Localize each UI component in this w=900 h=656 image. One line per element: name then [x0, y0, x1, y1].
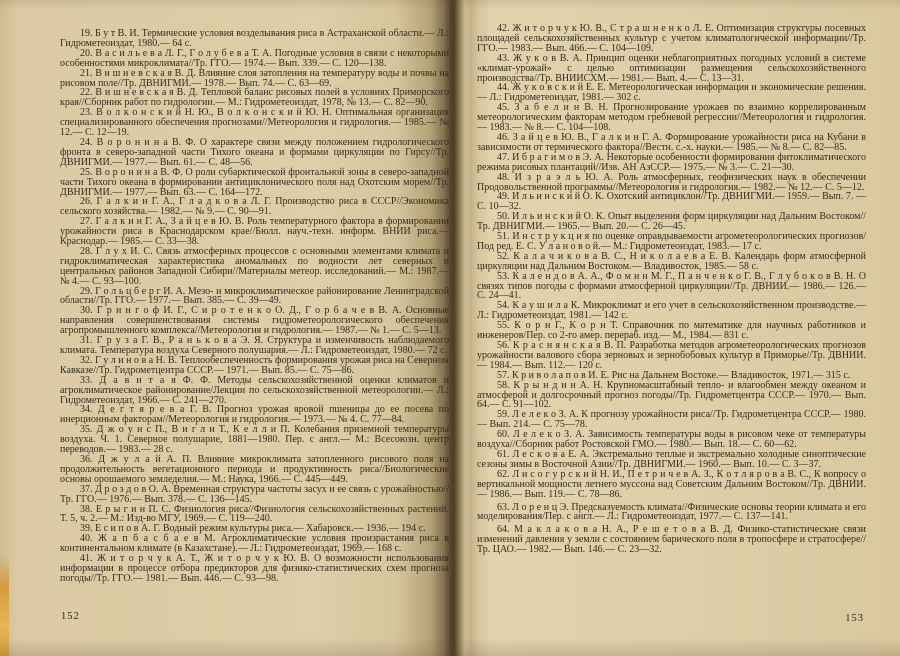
bibliography-entry: 49. И л ь и н с к и й О. К. Охотский ант… — [477, 192, 866, 212]
bibliography-entry: 48. И з р а э л ь Ю. А. Роль атмосферных… — [477, 173, 866, 193]
bibliography-entry: 33. Д а в и т а я Ф. Ф. Методы сельскохо… — [60, 376, 449, 406]
page-number-right: 153 — [845, 613, 864, 624]
page-edge-strip — [0, 556, 9, 656]
bibliography-entry: 51. И н с т р у к ц и я по оценке оправд… — [477, 232, 866, 252]
bibliography-list-right: 42. Ж и т о р ч у к Ю. В., С т р а ш н е… — [477, 24, 866, 555]
bibliography-entry: 38. Е р ы г и н П. С. Физиология риса//Ф… — [60, 505, 449, 525]
bibliography-entry: 29. Г о л ь ц б е р г И. А. Мезо- и микр… — [60, 287, 449, 307]
bibliography-entry: 35. Д ж о у н с П., В и г л и Т., К е л … — [60, 425, 449, 455]
bibliography-entry: 26. Г а л к и н Г. А., Г л а д к о в а Л… — [60, 197, 449, 217]
bibliography-entry: 42. Ж и т о р ч у к Ю. В., С т р а ш н е… — [477, 24, 866, 54]
bibliography-entry: 64. М а к л а к о в а Н. А., Р е ш е т о… — [477, 525, 866, 555]
bibliography-entry: 34. Д е г т я р е в а Г. В. Прогноз урож… — [60, 405, 449, 425]
bibliography-entry: 58. К р ы н д и н А. Н. Крупномасштабный… — [477, 381, 866, 411]
bibliography-entry: 60. Л е л е к о З. А. Зависимость темпер… — [477, 430, 866, 450]
bibliography-entry: 45. З а б е л и н В. Н. Прогнозирование … — [477, 103, 866, 133]
bibliography-entry: 30. Г р и н г о ф И. Г., С и р о т е н к… — [60, 306, 449, 336]
bibliography-entry: 53. К а л е н д о в А. А., Ф о м и н М. … — [477, 272, 866, 302]
bibliography-entry: 46. З а й ц е в Ю. В., Г а л к и н Г. А.… — [477, 133, 866, 153]
bibliography-entry: 23. В о л к о н с к и й Н. Ю., В о л к о… — [60, 108, 449, 138]
bibliography-entry: 19. Б у т В. И. Термические условия возд… — [60, 29, 449, 49]
bibliography-entry: 52. К а л а ч и к о в а В. С., Н и к о л… — [477, 252, 866, 272]
bibliography-entry: 62. Л и с о г у р с к и й Н. И., П е т р… — [477, 470, 866, 500]
bibliography-entry: 32. Г у л и н о в а Н. В. Теплообеспечен… — [60, 356, 449, 376]
bibliography-entry: 61. Л е с к о в а Е. А. Экстремально теп… — [477, 450, 866, 470]
page-number-left: 152 — [61, 611, 80, 622]
bibliography-entry: 27. Г а л к и н Г. А., З а й ц е в Ю. В.… — [60, 217, 449, 247]
bibliography-entry: 59. Л е л е к о З. А. К прогнозу урожайн… — [477, 410, 866, 430]
bibliography-entry: 22. В и ш н е в с к а я В. Д. Тепловой б… — [60, 88, 449, 108]
bibliography-entry: 31. Г р у з а Г. В., Р а н ь к о в а Э. … — [60, 336, 449, 356]
bibliography-entry: 44. Ж у к о в с к и й Е. Е. Метеорологич… — [477, 83, 866, 103]
bibliography-entry: 41. Ж и т о р ч у к А. Т., Ж и т о р ч у… — [60, 554, 449, 584]
bibliography-entry: 47. И б р а г и м о в Э. А. Некоторые ос… — [477, 153, 866, 173]
bibliography-entry: 50. И л ь и н с к и й О. К. Опыт выделен… — [477, 212, 866, 232]
bibliography-entry: 21. В и ш н е в с к а я В. Д. Влияние сл… — [60, 69, 449, 89]
bibliography-entry: 56. К р а с н я н с к а я В. П. Разработ… — [477, 341, 866, 371]
left-page: 19. Б у т В. И. Термические условия возд… — [0, 0, 450, 656]
right-page: 42. Ж и т о р ч у к Ю. В., С т р а ш н е… — [450, 0, 900, 656]
bibliography-entry: 20. В а с и л ь е в а Л. Г., Г о л у б е… — [60, 49, 449, 69]
bibliography-entry: 63. Л о р е н ц Э. Предсказуемость клима… — [477, 503, 866, 523]
bibliography-entry: 37. Д р о з д о в О. А. Временная структ… — [60, 485, 449, 505]
bibliography-list-left: 19. Б у т В. И. Термические условия возд… — [60, 29, 449, 584]
bibliography-entry: 43. Ж у к о в В. А. Принцип оценки небла… — [477, 54, 866, 84]
bibliography-entry: 28. Г л у х И. С. Связь атмосферных проц… — [60, 247, 449, 287]
book-spread: 19. Б у т В. И. Термические условия возд… — [0, 0, 900, 656]
bibliography-entry: 25. В о р о н и н а В. Ф. О роли субаркт… — [60, 168, 449, 198]
bibliography-entry: 24. В о р о н и н а В. Ф. О характере св… — [60, 138, 449, 168]
bibliography-entry: 40. Ж а п б а с б а е в М. Агроклиматиче… — [60, 534, 449, 554]
bibliography-entry: 55. К о р н Г., К о р н Т. Справочник по… — [477, 321, 866, 341]
bibliography-entry: 54. К а у ш и л а К. Микроклимат и его у… — [477, 301, 866, 321]
bibliography-entry: 36. Д ж у л а й А. П. Влияние микроклима… — [60, 455, 449, 485]
